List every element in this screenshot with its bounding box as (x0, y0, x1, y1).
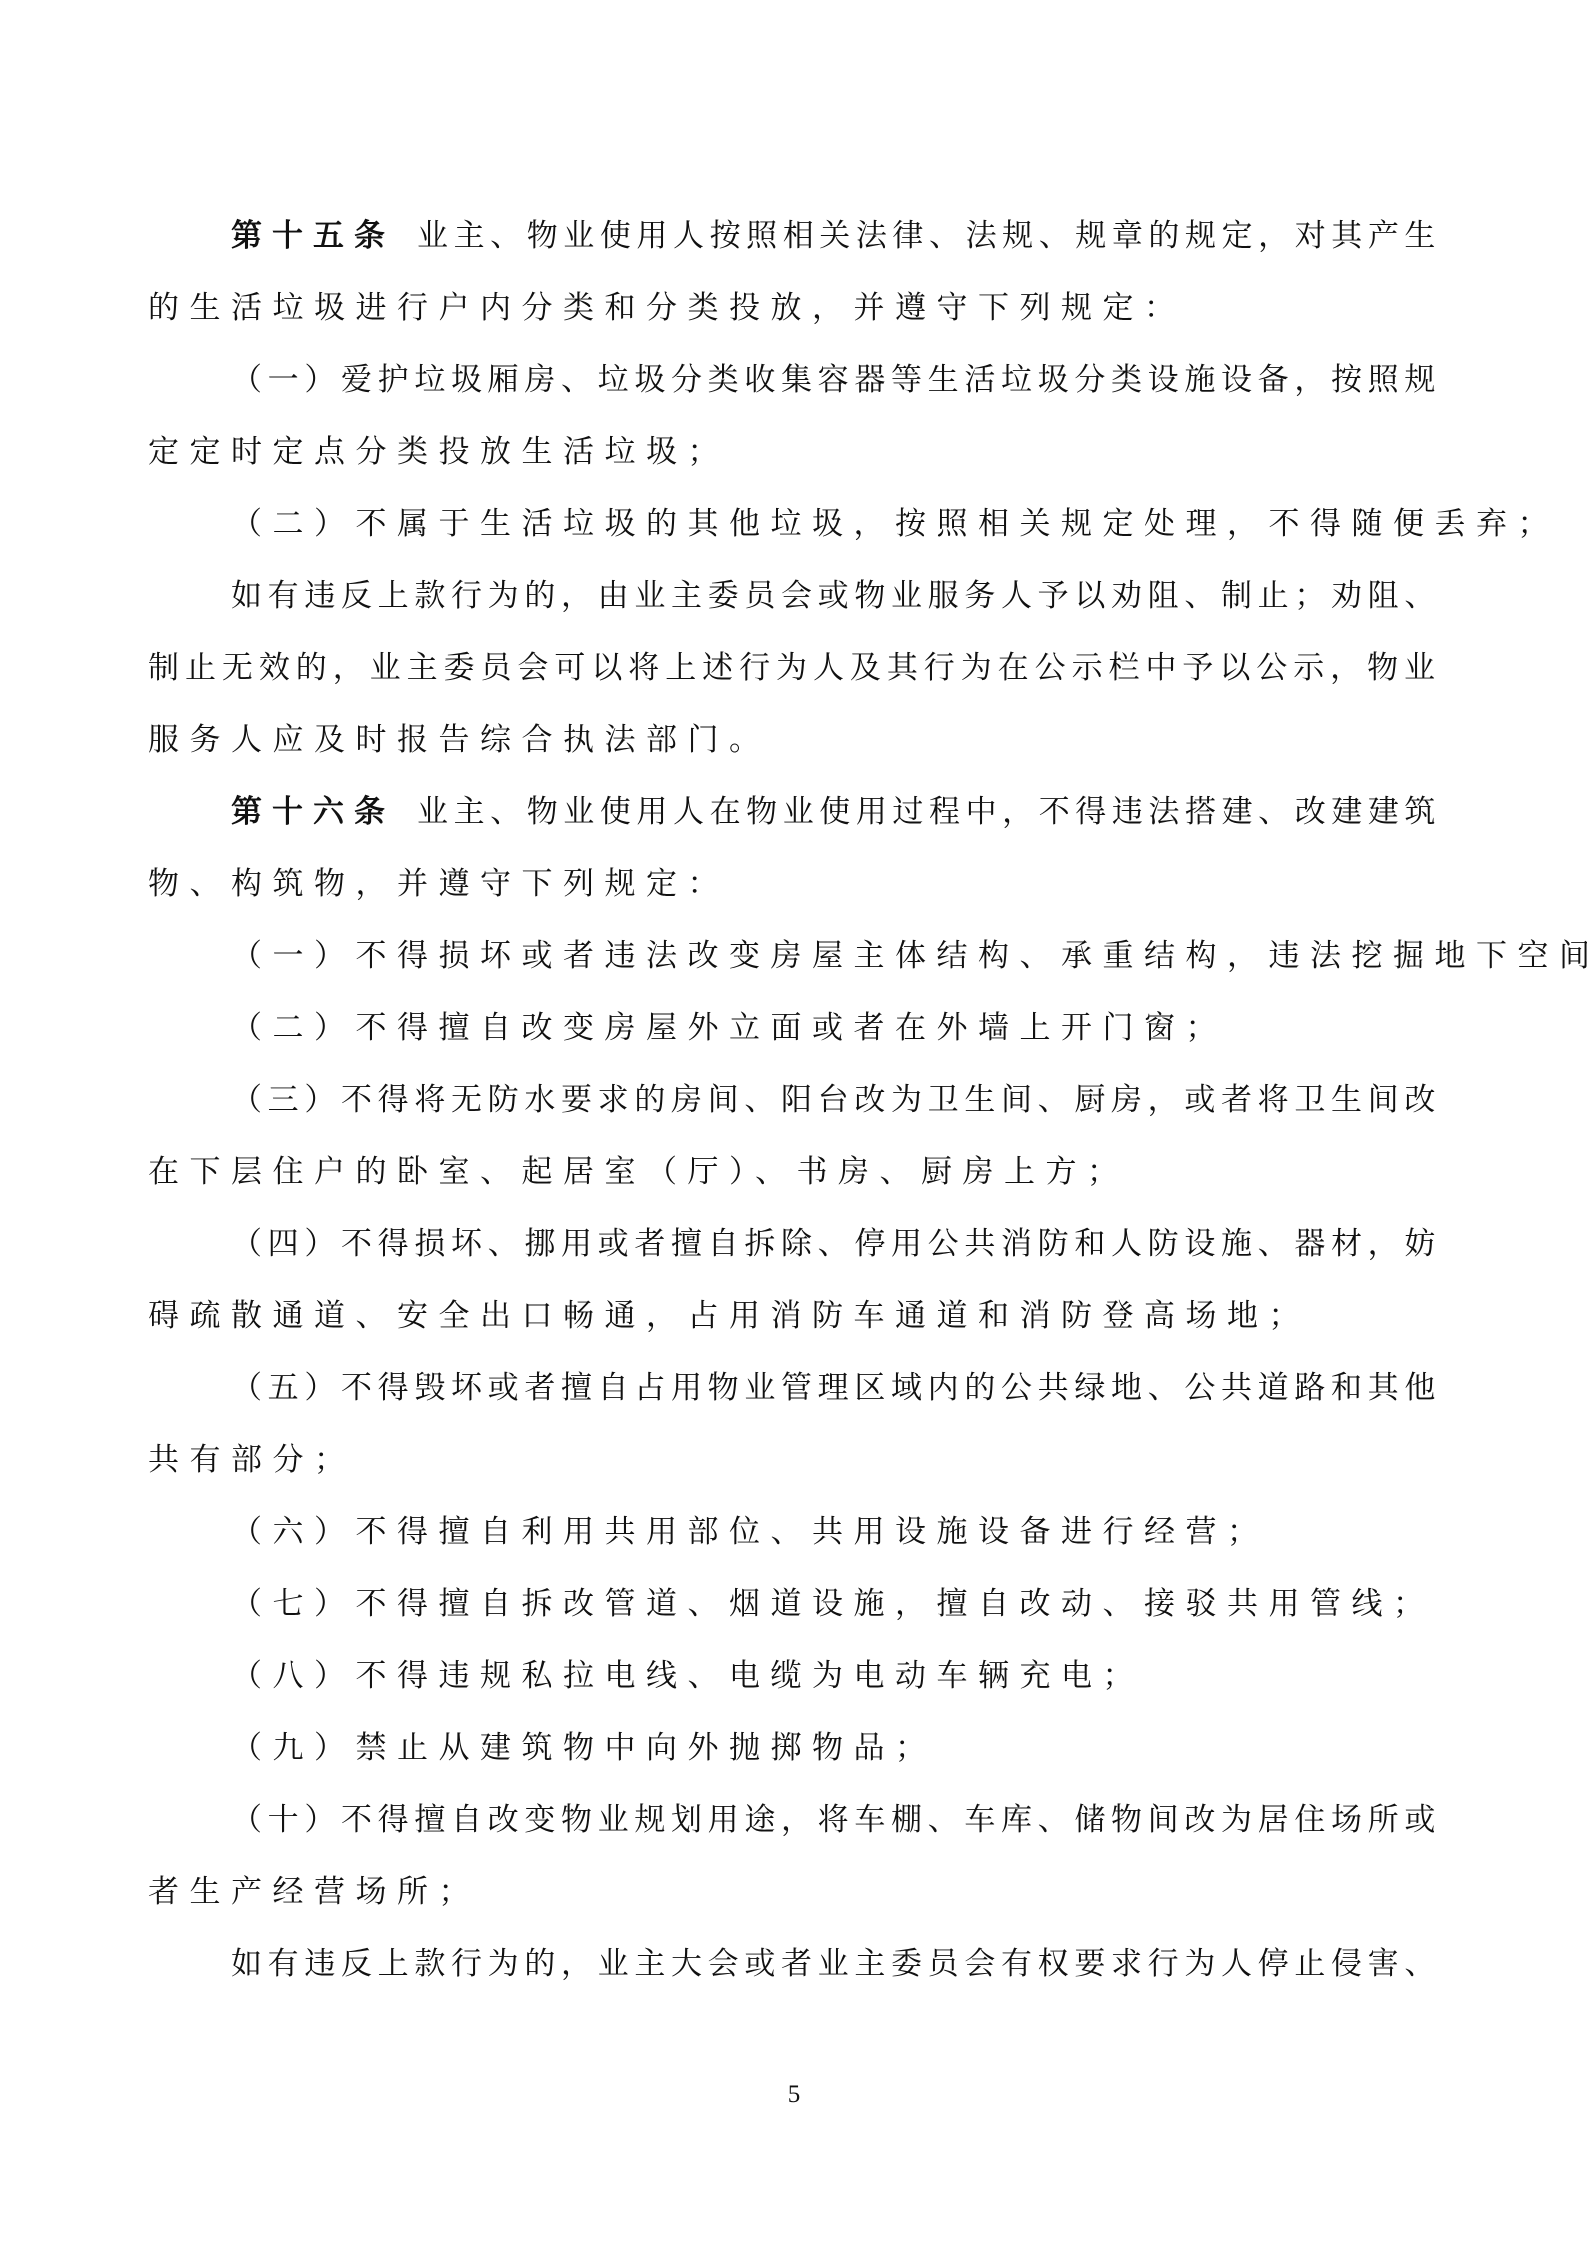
list-item: （二）不得擅自改变房屋外立面或者在外墙上开门窗； (148, 1001, 1441, 1073)
article-paragraph: 第十五条业主、物业使用人按照相关法律、法规、规章的规定，对其产生的生活垃圾进行户… (148, 209, 1441, 353)
line-text: （八）不得违规私拉电线、电缆为电动车辆充电； (231, 1658, 1144, 1694)
clause-paragraph: 如有违反上款行为的，由业主委员会或物业服务人予以劝阻、制止；劝阻、制止无效的，业… (148, 569, 1441, 785)
line-text: 如有违反上款行为的，业主大会或者业主委员会有权要求行为人停止侵害、 (231, 1946, 1441, 1982)
text-line: 者生产经营场所； (148, 1865, 1441, 1937)
text-line: （七）不得擅自拆改管道、烟道设施，擅自改动、接驳共用管线； (148, 1577, 1441, 1649)
text-line: 如有违反上款行为的，业主大会或者业主委员会有权要求行为人停止侵害、 (148, 1937, 1441, 2009)
line-text: （七）不得擅自拆改管道、烟道设施，擅自改动、接驳共用管线； (231, 1586, 1435, 1622)
text-line: 共有部分； (148, 1433, 1441, 1505)
text-line: （一）不得损坏或者违法改变房屋主体结构、承重结构，违法挖掘地下空间； (148, 929, 1441, 1001)
text-line: （三）不得将无防水要求的房间、阳台改为卫生间、厨房，或者将卫生间改 (148, 1073, 1441, 1145)
line-text: （十）不得擅自改变物业规划用途，将车棚、车库、储物间改为居住场所或 (231, 1802, 1441, 1838)
line-text: 业主、物业使用人按照相关法律、法规、规章的规定，对其产生 (417, 218, 1441, 254)
document-page: 第十五条业主、物业使用人按照相关法律、法规、规章的规定，对其产生的生活垃圾进行户… (0, 0, 1587, 2245)
list-item: （二）不属于生活垃圾的其他垃圾，按照相关规定处理，不得随便丢弃； (148, 497, 1441, 569)
article-paragraph: 第十六条业主、物业使用人在物业使用过程中，不得违法搭建、改建建筑物、构筑物，并遵… (148, 785, 1441, 929)
line-text: （一）不得损坏或者违法改变房屋主体结构、承重结构，违法挖掘地下空间； (231, 938, 1587, 974)
text-line: （二）不得擅自改变房屋外立面或者在外墙上开门窗； (148, 1001, 1441, 1073)
line-text: 碍疏散通道、安全出口畅通，占用消防车通道和消防登高场地； (148, 1298, 1310, 1334)
text-line: （九）禁止从建筑物中向外抛掷物品； (148, 1721, 1441, 1793)
text-line: 第十五条业主、物业使用人按照相关法律、法规、规章的规定，对其产生 (148, 209, 1441, 281)
line-text: 物、构筑物，并遵守下列规定： (148, 866, 729, 902)
line-text: 定定时定点分类投放生活垃圾； (148, 434, 729, 470)
text-line: 在下层住户的卧室、起居室（厅）、书房、厨房上方； (148, 1145, 1441, 1217)
line-text: 的生活垃圾进行户内分类和分类投放，并遵守下列规定： (148, 290, 1186, 326)
article-number: 第十五条 (231, 218, 395, 254)
text-line: 的生活垃圾进行户内分类和分类投放，并遵守下列规定： (148, 281, 1441, 353)
line-text: （二）不属于生活垃圾的其他垃圾，按照相关规定处理，不得随便丢弃； (231, 506, 1559, 542)
text-line: 如有违反上款行为的，由业主委员会或物业服务人予以劝阻、制止；劝阻、 (148, 569, 1441, 641)
list-item: （一）爱护垃圾厢房、垃圾分类收集容器等生活垃圾分类设施设备，按照规定定时定点分类… (148, 353, 1441, 497)
clause-paragraph: 如有违反上款行为的，业主大会或者业主委员会有权要求行为人停止侵害、 (148, 1937, 1441, 2009)
line-text: （六）不得擅自利用共用部位、共用设施设备进行经营； (231, 1514, 1269, 1550)
line-text: 业主、物业使用人在物业使用过程中，不得违法搭建、改建建筑 (417, 794, 1441, 830)
list-item: （七）不得擅自拆改管道、烟道设施，擅自改动、接驳共用管线； (148, 1577, 1441, 1649)
text-line: （六）不得擅自利用共用部位、共用设施设备进行经营； (148, 1505, 1441, 1577)
line-text: 服务人应及时报告综合执法部门。 (148, 722, 771, 758)
text-line: （五）不得毁坏或者擅自占用物业管理区域内的公共绿地、公共道路和其他 (148, 1361, 1441, 1433)
text-line: 第十六条业主、物业使用人在物业使用过程中，不得违法搭建、改建建筑 (148, 785, 1441, 857)
text-line: 碍疏散通道、安全出口畅通，占用消防车通道和消防登高场地； (148, 1289, 1441, 1361)
line-text: （二）不得擅自改变房屋外立面或者在外墙上开门窗； (231, 1010, 1227, 1046)
text-line: 定定时定点分类投放生活垃圾； (148, 425, 1441, 497)
list-item: （五）不得毁坏或者擅自占用物业管理区域内的公共绿地、公共道路和其他共有部分； (148, 1361, 1441, 1505)
list-item: （八）不得违规私拉电线、电缆为电动车辆充电； (148, 1649, 1441, 1721)
list-item: （一）不得损坏或者违法改变房屋主体结构、承重结构，违法挖掘地下空间； (148, 929, 1441, 1001)
page-number: 5 (783, 2080, 805, 2110)
line-text: 在下层住户的卧室、起居室（厅）、书房、厨房上方； (148, 1154, 1129, 1190)
text-line: 物、构筑物，并遵守下列规定： (148, 857, 1441, 929)
line-text: （九）禁止从建筑物中向外抛掷物品； (231, 1730, 937, 1766)
list-item: （四）不得损坏、挪用或者擅自拆除、停用公共消防和人防设施、器材，妨碍疏散通道、安… (148, 1217, 1441, 1361)
text-line: 制止无效的，业主委员会可以将上述行为人及其行为在公示栏中予以公示，物业 (148, 641, 1441, 713)
article-number: 第十六条 (231, 794, 395, 830)
text-line: （十）不得擅自改变物业规划用途，将车棚、车库、储物间改为居住场所或 (148, 1793, 1441, 1865)
line-text: （三）不得将无防水要求的房间、阳台改为卫生间、厨房，或者将卫生间改 (231, 1082, 1441, 1118)
line-text: 制止无效的，业主委员会可以将上述行为人及其行为在公示栏中予以公示，物业 (148, 650, 1441, 686)
document-body: 第十五条业主、物业使用人按照相关法律、法规、规章的规定，对其产生的生活垃圾进行户… (148, 209, 1441, 2009)
line-text: 者生产经营场所； (148, 1874, 480, 1910)
line-text: 如有违反上款行为的，由业主委员会或物业服务人予以劝阻、制止；劝阻、 (231, 578, 1441, 614)
line-text: （五）不得毁坏或者擅自占用物业管理区域内的公共绿地、公共道路和其他 (231, 1370, 1441, 1406)
list-item: （六）不得擅自利用共用部位、共用设施设备进行经营； (148, 1505, 1441, 1577)
text-line: 服务人应及时报告综合执法部门。 (148, 713, 1441, 785)
line-text: （四）不得损坏、挪用或者擅自拆除、停用公共消防和人防设施、器材，妨 (231, 1226, 1441, 1262)
text-line: （二）不属于生活垃圾的其他垃圾，按照相关规定处理，不得随便丢弃； (148, 497, 1441, 569)
list-item: （十）不得擅自改变物业规划用途，将车棚、车库、储物间改为居住场所或者生产经营场所… (148, 1793, 1441, 1937)
text-line: （一）爱护垃圾厢房、垃圾分类收集容器等生活垃圾分类设施设备，按照规 (148, 353, 1441, 425)
line-text: （一）爱护垃圾厢房、垃圾分类收集容器等生活垃圾分类设施设备，按照规 (231, 362, 1441, 398)
line-text: 共有部分； (148, 1442, 356, 1478)
text-line: （四）不得损坏、挪用或者擅自拆除、停用公共消防和人防设施、器材，妨 (148, 1217, 1441, 1289)
text-line: （八）不得违规私拉电线、电缆为电动车辆充电； (148, 1649, 1441, 1721)
list-item: （九）禁止从建筑物中向外抛掷物品； (148, 1721, 1441, 1793)
list-item: （三）不得将无防水要求的房间、阳台改为卫生间、厨房，或者将卫生间改在下层住户的卧… (148, 1073, 1441, 1217)
